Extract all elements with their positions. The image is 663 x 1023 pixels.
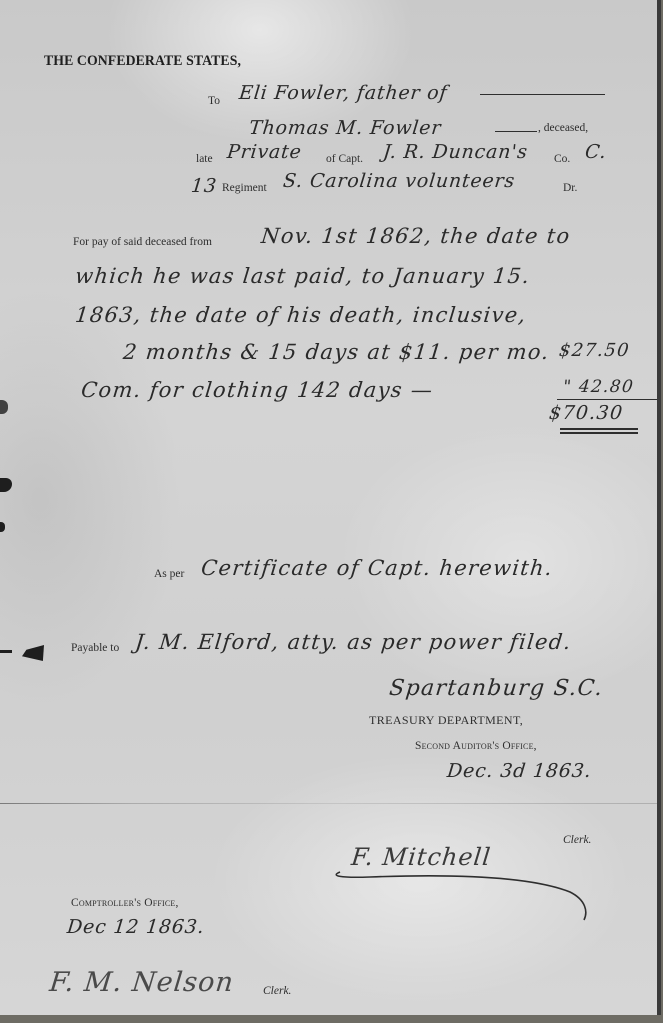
- as-per-value: Certificate of Capt. herewith.: [200, 556, 554, 580]
- auditor-date: Dec. 3d 1863.: [446, 760, 593, 782]
- deceased-label: , deceased,: [538, 122, 588, 134]
- fold-crease: [0, 803, 657, 804]
- comptroller-date: Dec 12 1863.: [66, 916, 206, 938]
- payable-value: J. M. Elford, atty. as per power filed.: [134, 630, 573, 654]
- fill-line: [495, 131, 537, 132]
- deceased-name: Thomas M. Fowler: [248, 117, 442, 139]
- pay-label: For pay of said deceased from: [73, 236, 212, 248]
- auditor-office: Second Auditor's Office,: [415, 740, 537, 752]
- dr-label: Dr.: [563, 182, 577, 194]
- ink-stain: [0, 400, 8, 414]
- comptroller-clerk-label: Clerk.: [263, 985, 291, 997]
- regiment-label: Regiment: [222, 182, 267, 194]
- comptroller-date-suffix: 3.: [184, 916, 206, 938]
- ink-stain: [0, 650, 12, 653]
- ink-stain: [0, 522, 5, 532]
- comptroller-signature: F. M. Nelson: [48, 967, 236, 998]
- rank-value: Private: [226, 141, 303, 163]
- pay-line-3: 1863, the date of his death, inclusive,: [74, 303, 528, 327]
- total-underline: [560, 432, 638, 434]
- ink-stain: [22, 645, 44, 661]
- clothing-amount: " 42.80: [562, 377, 635, 397]
- pay-line-5: Com. for clothing 142 days —: [80, 378, 435, 402]
- payable-place: Spartanburg S.C.: [388, 676, 605, 701]
- payable-label: Payable to: [71, 642, 119, 654]
- to-label: To: [208, 95, 220, 107]
- auditor-date-suffix: 3.: [571, 760, 593, 782]
- of-capt-label: of Capt.: [326, 153, 363, 165]
- comptroller-office: Comptroller's Office,: [71, 897, 179, 909]
- as-per-label: As per: [154, 568, 184, 580]
- clerk-label: Clerk.: [563, 834, 591, 846]
- total-underline: [560, 428, 638, 430]
- auditor-date-text: Dec. 3d 186: [446, 760, 573, 782]
- company-value: C.: [584, 141, 608, 163]
- sum-line: [557, 399, 657, 400]
- document-heading: THE CONFEDERATE STATES,: [44, 53, 241, 70]
- regiment-name: S. Carolina volunteers: [282, 170, 516, 192]
- total-amount: $70.30: [548, 402, 625, 424]
- comptroller-date-text: Dec 12 186: [66, 916, 186, 938]
- fill-line: [480, 94, 605, 95]
- signature-flourish: [330, 862, 595, 922]
- pay-line-4: 2 months & 15 days at $11. per mo.: [122, 340, 551, 364]
- pay-line-1: Nov. 1st 1862, the date to: [260, 224, 572, 248]
- document-page: THE CONFEDERATE STATES, To Eli Fowler, f…: [0, 0, 661, 1015]
- pay-line-2: which he was last paid, to January 15.: [74, 264, 532, 288]
- payee-name: Eli Fowler, father of: [238, 82, 448, 104]
- captain-value: J. R. Duncan's: [382, 141, 529, 163]
- late-label: late: [196, 153, 213, 165]
- treasury-department: TREASURY DEPARTMENT,: [369, 713, 523, 728]
- pay-amount: $27.50: [558, 340, 631, 361]
- co-label: Co.: [554, 153, 570, 165]
- ink-stain: [0, 478, 12, 492]
- regiment-number: 13: [190, 175, 218, 197]
